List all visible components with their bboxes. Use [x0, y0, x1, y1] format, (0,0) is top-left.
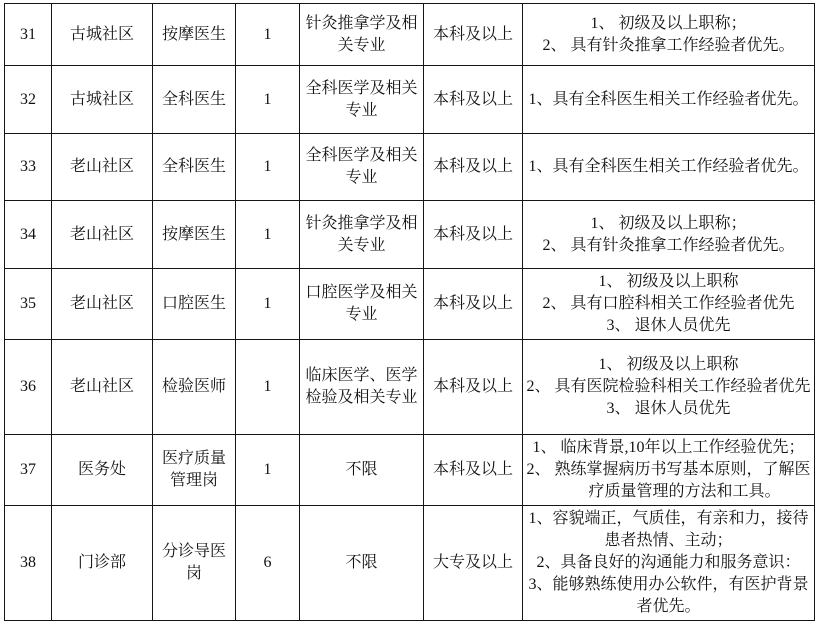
cell-position: 全科医生	[153, 66, 236, 134]
cell-major: 临床医学、医学检验及相关专业	[300, 340, 424, 435]
cell-education: 本科及以上	[424, 340, 523, 435]
requirement-item: 1、 初级及以上职称；	[526, 13, 811, 35]
requirement-item: 3、 退休人员优先	[526, 398, 811, 420]
cell-index: 34	[5, 201, 52, 269]
cell-major: 针灸推拿学及相关专业	[300, 4, 424, 66]
cell-requirements: 1、容貌端正，气质佳，有亲和力，接待患者热情、主动；2、具备良好的沟通能力和服务…	[523, 506, 815, 621]
cell-major: 不限	[300, 435, 424, 506]
requirement-item: 1、容貌端正，气质佳，有亲和力，接待患者热情、主动；	[526, 508, 811, 552]
cell-requirements: 1、具有全科医生相关工作经验者优先。	[523, 134, 815, 201]
cell-education: 本科及以上	[424, 134, 523, 201]
requirement-item: 2、 具有口腔科相关工作经验者优先	[526, 293, 811, 315]
cell-major: 口腔医学及相关专业	[300, 269, 424, 340]
cell-headcount: 1	[236, 340, 300, 435]
cell-index: 33	[5, 134, 52, 201]
cell-education: 本科及以上	[424, 435, 523, 506]
cell-position: 分诊导医岗	[153, 506, 236, 621]
table-row: 37 医务处 医疗质量管理岗 1 不限 本科及以上 1、 临床背景,10年以上工…	[5, 435, 815, 506]
table-row: 32 古城社区 全科医生 1 全科医学及相关专业 本科及以上 1、具有全科医生相…	[5, 66, 815, 134]
cell-index: 37	[5, 435, 52, 506]
cell-department: 老山社区	[52, 201, 153, 269]
cell-headcount: 1	[236, 201, 300, 269]
cell-major: 不限	[300, 506, 424, 621]
requirement-item: 1、具有全科医生相关工作经验者优先。	[526, 156, 811, 178]
requirement-item: 3、 退休人员优先	[526, 315, 811, 337]
cell-headcount: 1	[236, 435, 300, 506]
table-row: 33 老山社区 全科医生 1 全科医学及相关专业 本科及以上 1、具有全科医生相…	[5, 134, 815, 201]
cell-headcount: 6	[236, 506, 300, 621]
cell-education: 本科及以上	[424, 269, 523, 340]
cell-department: 门诊部	[52, 506, 153, 621]
cell-headcount: 1	[236, 269, 300, 340]
cell-education: 本科及以上	[424, 201, 523, 269]
cell-headcount: 1	[236, 134, 300, 201]
table-row: 35 老山社区 口腔医生 1 口腔医学及相关专业 本科及以上 1、 初级及以上职…	[5, 269, 815, 340]
cell-index: 35	[5, 269, 52, 340]
cell-education: 大专及以上	[424, 506, 523, 621]
requirement-item: 2、具备良好的沟通能力和服务意识：	[526, 552, 811, 574]
cell-major: 全科医学及相关专业	[300, 134, 424, 201]
recruitment-table: 31 古城社区 按摩医生 1 针灸推拿学及相关专业 本科及以上 1、 初级及以上…	[4, 3, 815, 621]
table-body: 31 古城社区 按摩医生 1 针灸推拿学及相关专业 本科及以上 1、 初级及以上…	[5, 4, 815, 621]
cell-department: 老山社区	[52, 134, 153, 201]
cell-major: 针灸推拿学及相关专业	[300, 201, 424, 269]
cell-position: 检验医师	[153, 340, 236, 435]
recruitment-table-page: 31 古城社区 按摩医生 1 针灸推拿学及相关专业 本科及以上 1、 初级及以上…	[0, 0, 819, 621]
cell-requirements: 1、 初级及以上职称2、 具有医院检验科相关工作经验者优先3、 退休人员优先	[523, 340, 815, 435]
cell-requirements: 1、 临床背景,10年以上工作经验优先；2、 熟练掌握病历书写基本原则，了解医疗…	[523, 435, 815, 506]
cell-index: 31	[5, 4, 52, 66]
table-row: 36 老山社区 检验医师 1 临床医学、医学检验及相关专业 本科及以上 1、 初…	[5, 340, 815, 435]
requirement-item: 1、 初级及以上职称	[526, 271, 811, 293]
requirement-item: 3、能够熟练使用办公软件，有医护背景者优先。	[526, 574, 811, 618]
cell-department: 老山社区	[52, 269, 153, 340]
requirement-item: 1、 初级及以上职称	[526, 354, 811, 376]
cell-index: 32	[5, 66, 52, 134]
requirement-item: 1、 临床背景,10年以上工作经验优先；	[526, 437, 811, 459]
cell-education: 本科及以上	[424, 4, 523, 66]
requirement-item: 1、具有全科医生相关工作经验者优先。	[526, 89, 811, 111]
cell-position: 全科医生	[153, 134, 236, 201]
table-row: 38 门诊部 分诊导医岗 6 不限 大专及以上 1、容貌端正，气质佳，有亲和力，…	[5, 506, 815, 621]
cell-department: 古城社区	[52, 4, 153, 66]
requirement-item: 2、 熟练掌握病历书写基本原则，了解医疗质量管理的方法和工具。	[526, 459, 811, 503]
cell-position: 按摩医生	[153, 201, 236, 269]
cell-position: 医疗质量管理岗	[153, 435, 236, 506]
cell-index: 38	[5, 506, 52, 621]
cell-education: 本科及以上	[424, 66, 523, 134]
cell-major: 全科医学及相关专业	[300, 66, 424, 134]
cell-department: 医务处	[52, 435, 153, 506]
requirement-item: 1、 初级及以上职称；	[526, 213, 811, 235]
requirement-item: 2、 具有针灸推拿工作经验者优先。	[526, 35, 811, 57]
cell-headcount: 1	[236, 66, 300, 134]
requirement-item: 2、 具有医院检验科相关工作经验者优先	[526, 376, 811, 398]
cell-position: 按摩医生	[153, 4, 236, 66]
cell-position: 口腔医生	[153, 269, 236, 340]
cell-headcount: 1	[236, 4, 300, 66]
table-row: 34 老山社区 按摩医生 1 针灸推拿学及相关专业 本科及以上 1、 初级及以上…	[5, 201, 815, 269]
cell-requirements: 1、具有全科医生相关工作经验者优先。	[523, 66, 815, 134]
cell-index: 36	[5, 340, 52, 435]
cell-requirements: 1、 初级及以上职称；2、 具有针灸推拿工作经验者优先。	[523, 4, 815, 66]
table-row: 31 古城社区 按摩医生 1 针灸推拿学及相关专业 本科及以上 1、 初级及以上…	[5, 4, 815, 66]
cell-department: 古城社区	[52, 66, 153, 134]
requirement-item: 2、 具有针灸推拿工作经验者优先。	[526, 235, 811, 257]
cell-department: 老山社区	[52, 340, 153, 435]
cell-requirements: 1、 初级及以上职称2、 具有口腔科相关工作经验者优先3、 退休人员优先	[523, 269, 815, 340]
cell-requirements: 1、 初级及以上职称；2、 具有针灸推拿工作经验者优先。	[523, 201, 815, 269]
